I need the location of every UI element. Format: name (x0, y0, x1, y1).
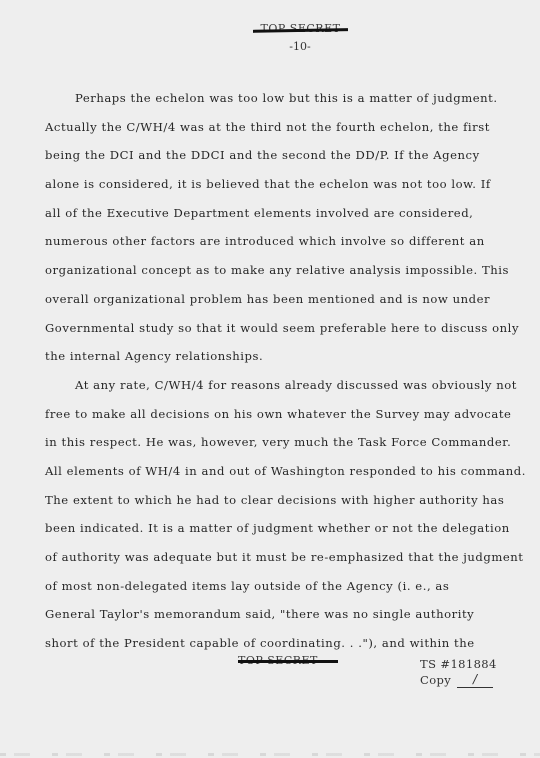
text-line: free to make all decisions on his own wh… (45, 400, 525, 429)
copy-label: Copy (420, 672, 451, 688)
text-line: overall organizational problem has been … (45, 285, 525, 314)
text-line: numerous other factors are introduced wh… (45, 227, 525, 256)
text-line: been indicated. It is a matter of judgme… (45, 514, 525, 543)
document-page: TOP SECRET -10- Perhaps the echelon was … (0, 0, 540, 758)
copy-number: / (457, 672, 493, 688)
text-line: Perhaps the echelon was too low but this… (45, 84, 525, 113)
strikethrough-line (238, 660, 338, 663)
page-number: -10- (270, 40, 330, 53)
text-line: organizational concept as to make any re… (45, 256, 525, 285)
control-number-block: TS #181884 Copy / (420, 656, 497, 688)
text-line: The extent to which he had to clear deci… (45, 486, 525, 515)
text-line: General Taylor's memorandum said, "there… (45, 600, 525, 629)
control-number: TS #181884 (420, 656, 497, 672)
text-line: At any rate, C/WH/4 for reasons already … (45, 371, 525, 400)
text-line: in this respect. He was, however, very m… (45, 428, 525, 457)
text-line: alone is considered, it is believed that… (45, 170, 525, 199)
paragraph-1: Perhaps the echelon was too low but this… (45, 84, 525, 371)
text-line: all of the Executive Department elements… (45, 199, 525, 228)
text-line: of authority was adequate but it must be… (45, 543, 525, 572)
text-line: Governmental study so that it would seem… (45, 314, 525, 343)
text-line: Actually the C/WH/4 was at the third not… (45, 113, 525, 142)
scan-artifact (0, 753, 540, 756)
text-line: the internal Agency relationships. (45, 342, 525, 371)
text-line: of most non-delegated items lay outside … (45, 572, 525, 601)
header-classification-marking: TOP SECRET (253, 22, 348, 35)
text-line: being the DCI and the DDCI and the secon… (45, 141, 525, 170)
paragraph-2: At any rate, C/WH/4 for reasons already … (45, 371, 525, 658)
text-line: All elements of WH/4 in and out of Washi… (45, 457, 525, 486)
footer-classification-marking: TOP SECRET (238, 654, 338, 667)
copy-row: Copy / (420, 672, 497, 688)
body-text: Perhaps the echelon was too low but this… (45, 84, 525, 658)
